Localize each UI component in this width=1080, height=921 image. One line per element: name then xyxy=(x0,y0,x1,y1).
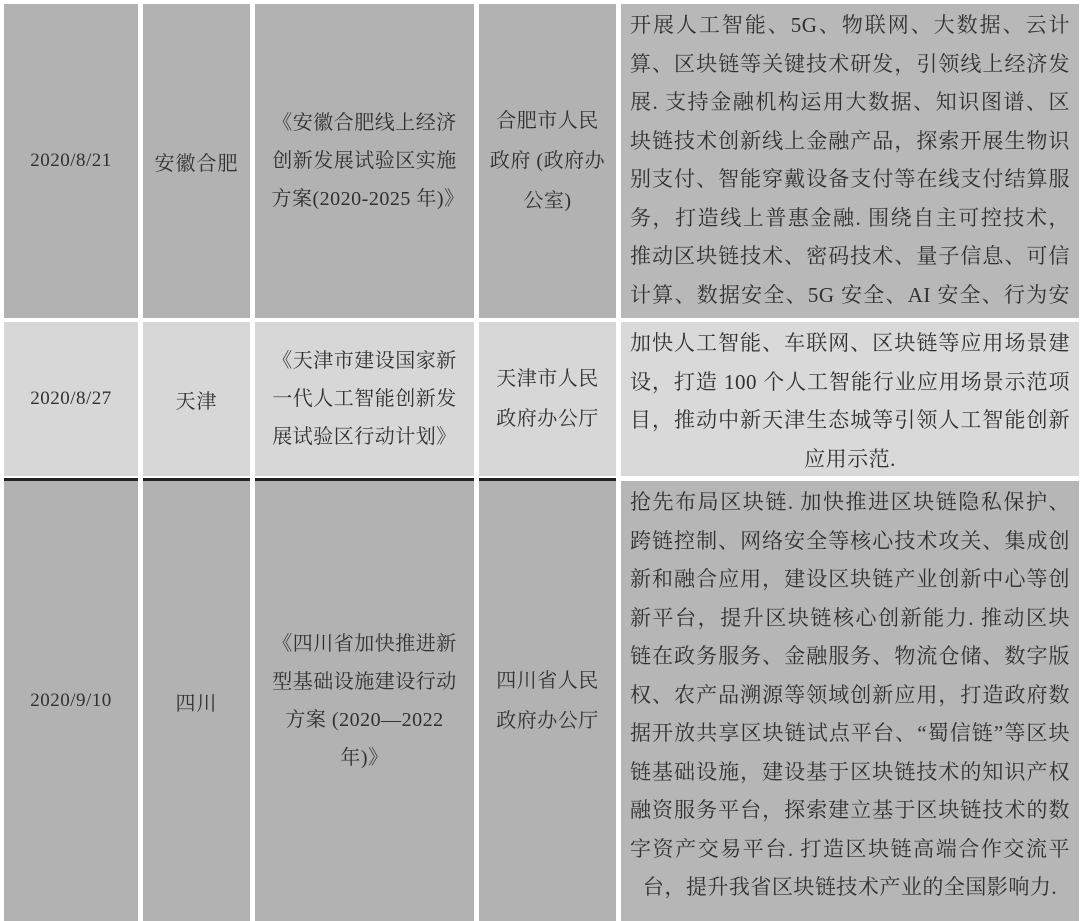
table-row: 2020/8/21 安徽合肥 《安徽合肥线上经济创新发展试验区实施方案(2020… xyxy=(4,4,1080,318)
table-row: 2020/9/10 四川 《四川省加快推进新型基础设施建设行动方案 (2020—… xyxy=(4,481,1080,884)
region-text: 天津 xyxy=(176,385,218,414)
date-cell: 2020/9/10 xyxy=(4,481,138,884)
policy-table: 2020/8/21 安徽合肥 《安徽合肥线上经济创新发展试验区实施方案(2020… xyxy=(0,0,1080,884)
policy-title-text: 《天津市建设国家新一代人工智能创新发展试验区行动计划》 xyxy=(272,342,458,456)
date-cell: 2020/8/27 xyxy=(4,322,138,476)
policy-title-text: 《安徽合肥线上经济创新发展试验区实施方案(2020-2025 年)》 xyxy=(272,104,458,218)
region-cell: 天津 xyxy=(143,322,250,476)
policy-title-cell: 《天津市建设国家新一代人工智能创新发展试验区行动计划》 xyxy=(255,322,474,476)
region-cell: 四川 xyxy=(143,481,250,884)
policy-title-text: 《四川省加快推进新型基础设施建设行动方案 (2020—2022 年)》 xyxy=(272,625,458,777)
date-text: 2020/8/27 xyxy=(30,388,112,410)
date-text: 2020/8/21 xyxy=(30,150,112,172)
issuer-cell: 四川省人民政府办公厅 xyxy=(479,481,616,884)
date-cell: 2020/8/21 xyxy=(4,4,138,318)
issuer-text: 天津市人民政府办公厅 xyxy=(489,359,607,439)
issuer-cell: 合肥市人民政府 (政府办公室) xyxy=(479,4,616,318)
region-cell: 安徽合肥 xyxy=(143,4,250,318)
region-text: 安徽合肥 xyxy=(155,147,239,176)
content-text: 开展人工智能、5G、物联网、大数据、云计算、区块链等关键技术研发，引领线上经济发… xyxy=(630,6,1070,318)
policy-title-cell: 《安徽合肥线上经济创新发展试验区实施方案(2020-2025 年)》 xyxy=(255,4,474,318)
content-cell: 加快人工智能、车联网、区块链等应用场景建设，打造 100 个人工智能行业应用场景… xyxy=(621,322,1079,476)
issuer-text: 四川省人民政府办公厅 xyxy=(489,661,607,741)
issuer-text: 合肥市人民政府 (政府办公室) xyxy=(489,101,607,221)
content-cell: 开展人工智能、5G、物联网、大数据、云计算、区块链等关键技术研发，引领线上经济发… xyxy=(621,4,1079,318)
table-row: 2020/8/27 天津 《天津市建设国家新一代人工智能创新发展试验区行动计划》… xyxy=(4,322,1080,476)
content-text: 抢先布局区块链. 加快推进区块链隐私保护、跨链控制、网络安全等核心技术攻关、集成… xyxy=(630,483,1070,884)
content-cell: 抢先布局区块链. 加快推进区块链隐私保护、跨链控制、网络安全等核心技术攻关、集成… xyxy=(621,481,1079,884)
content-text: 加快人工智能、车联网、区块链等应用场景建设，打造 100 个人工智能行业应用场景… xyxy=(630,324,1070,476)
policy-title-cell: 《四川省加快推进新型基础设施建设行动方案 (2020—2022 年)》 xyxy=(255,481,474,884)
date-text: 2020/9/10 xyxy=(30,690,112,712)
region-text: 四川 xyxy=(176,687,218,716)
issuer-cell: 天津市人民政府办公厅 xyxy=(479,322,616,476)
